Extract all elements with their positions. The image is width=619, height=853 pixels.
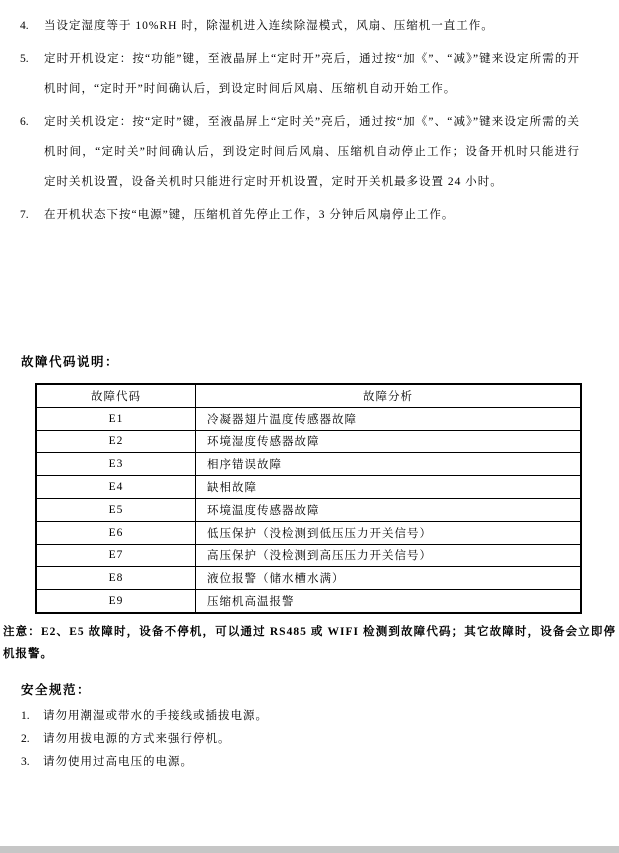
- column-header-code: 故障代码: [36, 384, 196, 407]
- instruction-item: 4. 当设定湿度等于 10%RH 时，除湿机进入连续除湿模式，风扇、压缩机一直工…: [0, 11, 619, 41]
- item-number: 4.: [0, 11, 44, 41]
- table-header-row: 故障代码 故障分析: [36, 384, 581, 407]
- fault-code-cell: E6: [36, 521, 196, 544]
- fault-code-cell: E5: [36, 498, 196, 521]
- table-row: E1 冷凝器翅片温度传感器故障: [36, 407, 581, 430]
- item-text: 请勿用拔电源的方式来强行停机。: [43, 728, 619, 751]
- item-number: 6.: [0, 107, 44, 197]
- fault-analysis-cell: 缺相故障: [196, 476, 582, 499]
- item-text: 定时开机设定：按“功能”键，至液晶屏上“定时开”亮后，通过按“加《”、“减》”键…: [44, 44, 580, 104]
- item-text: 定时关机设定：按“定时”键，至液晶屏上“定时关”亮后，通过按“加《”、“减》”键…: [44, 107, 580, 197]
- table-row: E9 压缩机高温报警: [36, 590, 581, 613]
- instruction-item: 7. 在开机状态下按“电源”键，压缩机首先停止工作，3 分钟后风扇停止工作。: [0, 200, 619, 230]
- item-text: 当设定湿度等于 10%RH 时，除湿机进入连续除湿模式，风扇、压缩机一直工作。: [44, 11, 580, 41]
- fault-codes-heading: 故障代码说明：: [21, 354, 119, 371]
- fault-code-table: 故障代码 故障分析 E1 冷凝器翅片温度传感器故障 E2 环境湿度传感器故障 E…: [35, 383, 582, 614]
- table-row: E7 高压保护（没检测到高压压力开关信号）: [36, 544, 581, 567]
- fault-code-cell: E8: [36, 567, 196, 590]
- fault-analysis-cell: 液位报警（储水槽水满）: [196, 567, 582, 590]
- instruction-item: 5. 定时开机设定：按“功能”键，至液晶屏上“定时开”亮后，通过按“加《”、“减…: [0, 44, 619, 104]
- document-page: 4. 当设定湿度等于 10%RH 时，除湿机进入连续除湿模式，风扇、压缩机一直工…: [0, 0, 619, 853]
- safety-item: 1. 请勿用潮湿或带水的手接线或插拔电源。: [0, 705, 619, 728]
- item-number: 7.: [0, 200, 44, 230]
- fault-analysis-cell: 环境温度传感器故障: [196, 498, 582, 521]
- instruction-item: 6. 定时关机设定：按“定时”键，至液晶屏上“定时关”亮后，通过按“加《”、“减…: [0, 107, 619, 197]
- item-text: 请勿使用过高电压的电源。: [43, 751, 619, 774]
- fault-analysis-cell: 相序错误故障: [196, 453, 582, 476]
- fault-code-cell: E2: [36, 430, 196, 453]
- table-row: E3 相序错误故障: [36, 453, 581, 476]
- safety-list: 1. 请勿用潮湿或带水的手接线或插拔电源。 2. 请勿用拔电源的方式来强行停机。…: [0, 705, 619, 775]
- item-number: 5.: [0, 44, 44, 104]
- fault-note: 注意：E2、E5 故障时，设备不停机，可以通过 RS485 或 WIFI 检测到…: [3, 622, 616, 666]
- item-text: 在开机状态下按“电源”键，压缩机首先停止工作，3 分钟后风扇停止工作。: [44, 200, 580, 230]
- table-row: E6 低压保护（没检测到低压压力开关信号）: [36, 521, 581, 544]
- fault-code-cell: E9: [36, 590, 196, 613]
- table-row: E5 环境温度传感器故障: [36, 498, 581, 521]
- item-number: 1.: [0, 705, 43, 728]
- item-number: 3.: [0, 751, 43, 774]
- instruction-list: 4. 当设定湿度等于 10%RH 时，除湿机进入连续除湿模式，风扇、压缩机一直工…: [0, 11, 619, 233]
- bottom-edge-bar: [0, 846, 619, 853]
- fault-code-cell: E4: [36, 476, 196, 499]
- table-row: E8 液位报警（储水槽水满）: [36, 567, 581, 590]
- fault-analysis-cell: 环境湿度传感器故障: [196, 430, 582, 453]
- item-text: 请勿用潮湿或带水的手接线或插拔电源。: [43, 705, 619, 728]
- column-header-analysis: 故障分析: [196, 384, 582, 407]
- fault-analysis-cell: 冷凝器翅片温度传感器故障: [196, 407, 582, 430]
- item-number: 2.: [0, 728, 43, 751]
- table-row: E2 环境湿度传感器故障: [36, 430, 581, 453]
- fault-analysis-cell: 压缩机高温报警: [196, 590, 582, 613]
- safety-item: 3. 请勿使用过高电压的电源。: [0, 751, 619, 774]
- fault-analysis-cell: 低压保护（没检测到低压压力开关信号）: [196, 521, 582, 544]
- fault-code-cell: E3: [36, 453, 196, 476]
- fault-analysis-cell: 高压保护（没检测到高压压力开关信号）: [196, 544, 582, 567]
- table-row: E4 缺相故障: [36, 476, 581, 499]
- fault-code-cell: E1: [36, 407, 196, 430]
- safety-heading: 安全规范：: [21, 682, 91, 699]
- fault-code-cell: E7: [36, 544, 196, 567]
- safety-item: 2. 请勿用拔电源的方式来强行停机。: [0, 728, 619, 751]
